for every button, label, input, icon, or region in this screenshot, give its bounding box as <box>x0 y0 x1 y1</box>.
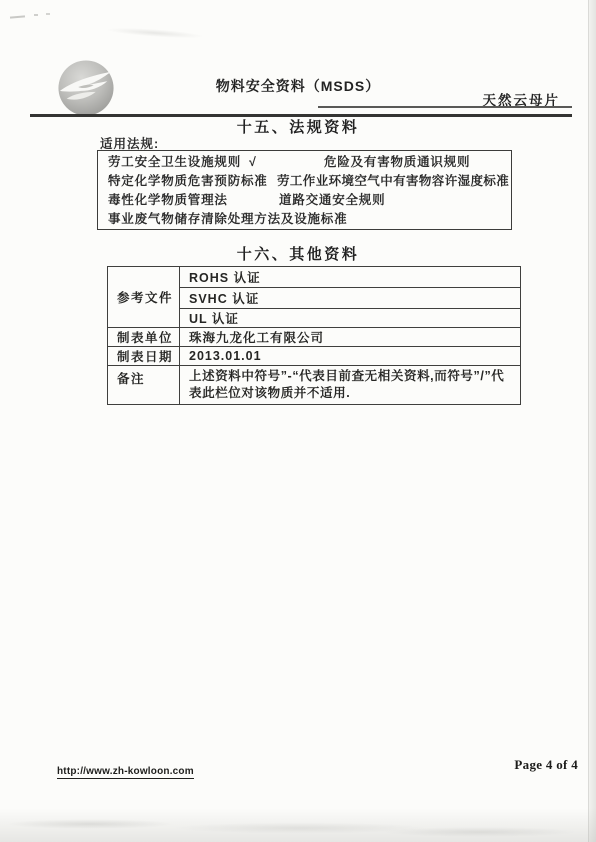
section-16-heading: 十六、其他资料 <box>0 243 596 264</box>
table-row: 制表单位 珠海九龙化工有限公司 <box>108 328 521 347</box>
reference-doc-cell: UL 认证 <box>180 309 521 328</box>
scan-edge-bottom <box>0 808 596 842</box>
regulation-name: 劳工安全卫生设施规则 <box>108 153 241 172</box>
reference-docs-label: 参考文件 <box>108 267 180 328</box>
regulation-row: 特定化学物质危害预防标准 劳工作业环境空气中有害物容许湿度标准 <box>98 172 511 191</box>
reference-doc-cell: SVHC 认证 <box>180 288 521 309</box>
table-row: 制表日期 2013.01.01 <box>108 347 521 366</box>
website-link[interactable]: http://www.zh-kowloon.com <box>57 766 194 779</box>
regulations-table: 劳工安全卫生设施规则 √ 危险及有害物质通识规则 特定化学物质危害预防标准 劳工… <box>97 150 512 230</box>
regulation-name: 特定化学物质危害预防标准 <box>108 172 268 191</box>
scan-edge-right <box>589 0 596 842</box>
scan-artifact <box>34 14 38 16</box>
table-row: 参考文件 ROHS 认证 <box>108 267 521 288</box>
table-row: 备注 上述资料中符号”-“代表目前查无相关资料,而符号”/”代 表此栏位对该物质… <box>108 366 521 405</box>
other-info-table: 参考文件 ROHS 认证 SVHC 认证 UL 认证 制表单位 珠海九龙化工有限… <box>107 266 521 405</box>
scan-edge-line <box>588 0 589 842</box>
remark-label: 备注 <box>108 366 180 405</box>
regulation-name: 毒性化学物质管理法 <box>108 191 228 210</box>
date-value: 2013.01.01 <box>180 347 521 366</box>
section-15-heading: 十五、法规资料 <box>0 116 596 137</box>
scan-artifact <box>10 15 25 18</box>
regulation-name: 道路交通安全规则 <box>279 191 385 210</box>
regulation-name: 危险及有害物质通识规则 <box>324 153 470 172</box>
maker-label: 制表单位 <box>108 328 180 347</box>
msds-document-page: 物料安全资料（MSDS） 天然云母片 十五、法规资料 适用法规: 劳工安全卫生设… <box>0 0 596 842</box>
regulation-row: 劳工安全卫生设施规则 √ 危险及有害物质通识规则 <box>98 153 511 172</box>
remark-value: 上述资料中符号”-“代表目前查无相关资料,而符号”/”代 表此栏位对该物质并不适… <box>180 366 521 405</box>
maker-value: 珠海九龙化工有限公司 <box>180 328 521 347</box>
reference-doc-cell: ROHS 认证 <box>180 267 521 288</box>
date-label: 制表日期 <box>108 347 180 366</box>
checkmark: √ <box>249 153 257 172</box>
regulation-name: 事业废气物储存清除处理方法及设施标准 <box>108 210 347 229</box>
regulation-row: 毒性化学物质管理法 道路交通安全规则 <box>98 191 511 210</box>
header-rule-right <box>318 106 572 108</box>
scan-artifact <box>46 13 50 15</box>
scan-smudge <box>90 23 220 42</box>
page-number: Page 4 of 4 <box>514 757 578 773</box>
regulation-row: 事业废气物储存清除处理方法及设施标准 <box>98 210 511 229</box>
regulation-name: 劳工作业环境空气中有害物容许湿度标准 <box>277 172 509 191</box>
remark-line: 上述资料中符号”-“代表目前查无相关资料,而符号”/”代 <box>189 368 520 385</box>
remark-line: 表此栏位对该物质并不适用. <box>189 385 520 402</box>
